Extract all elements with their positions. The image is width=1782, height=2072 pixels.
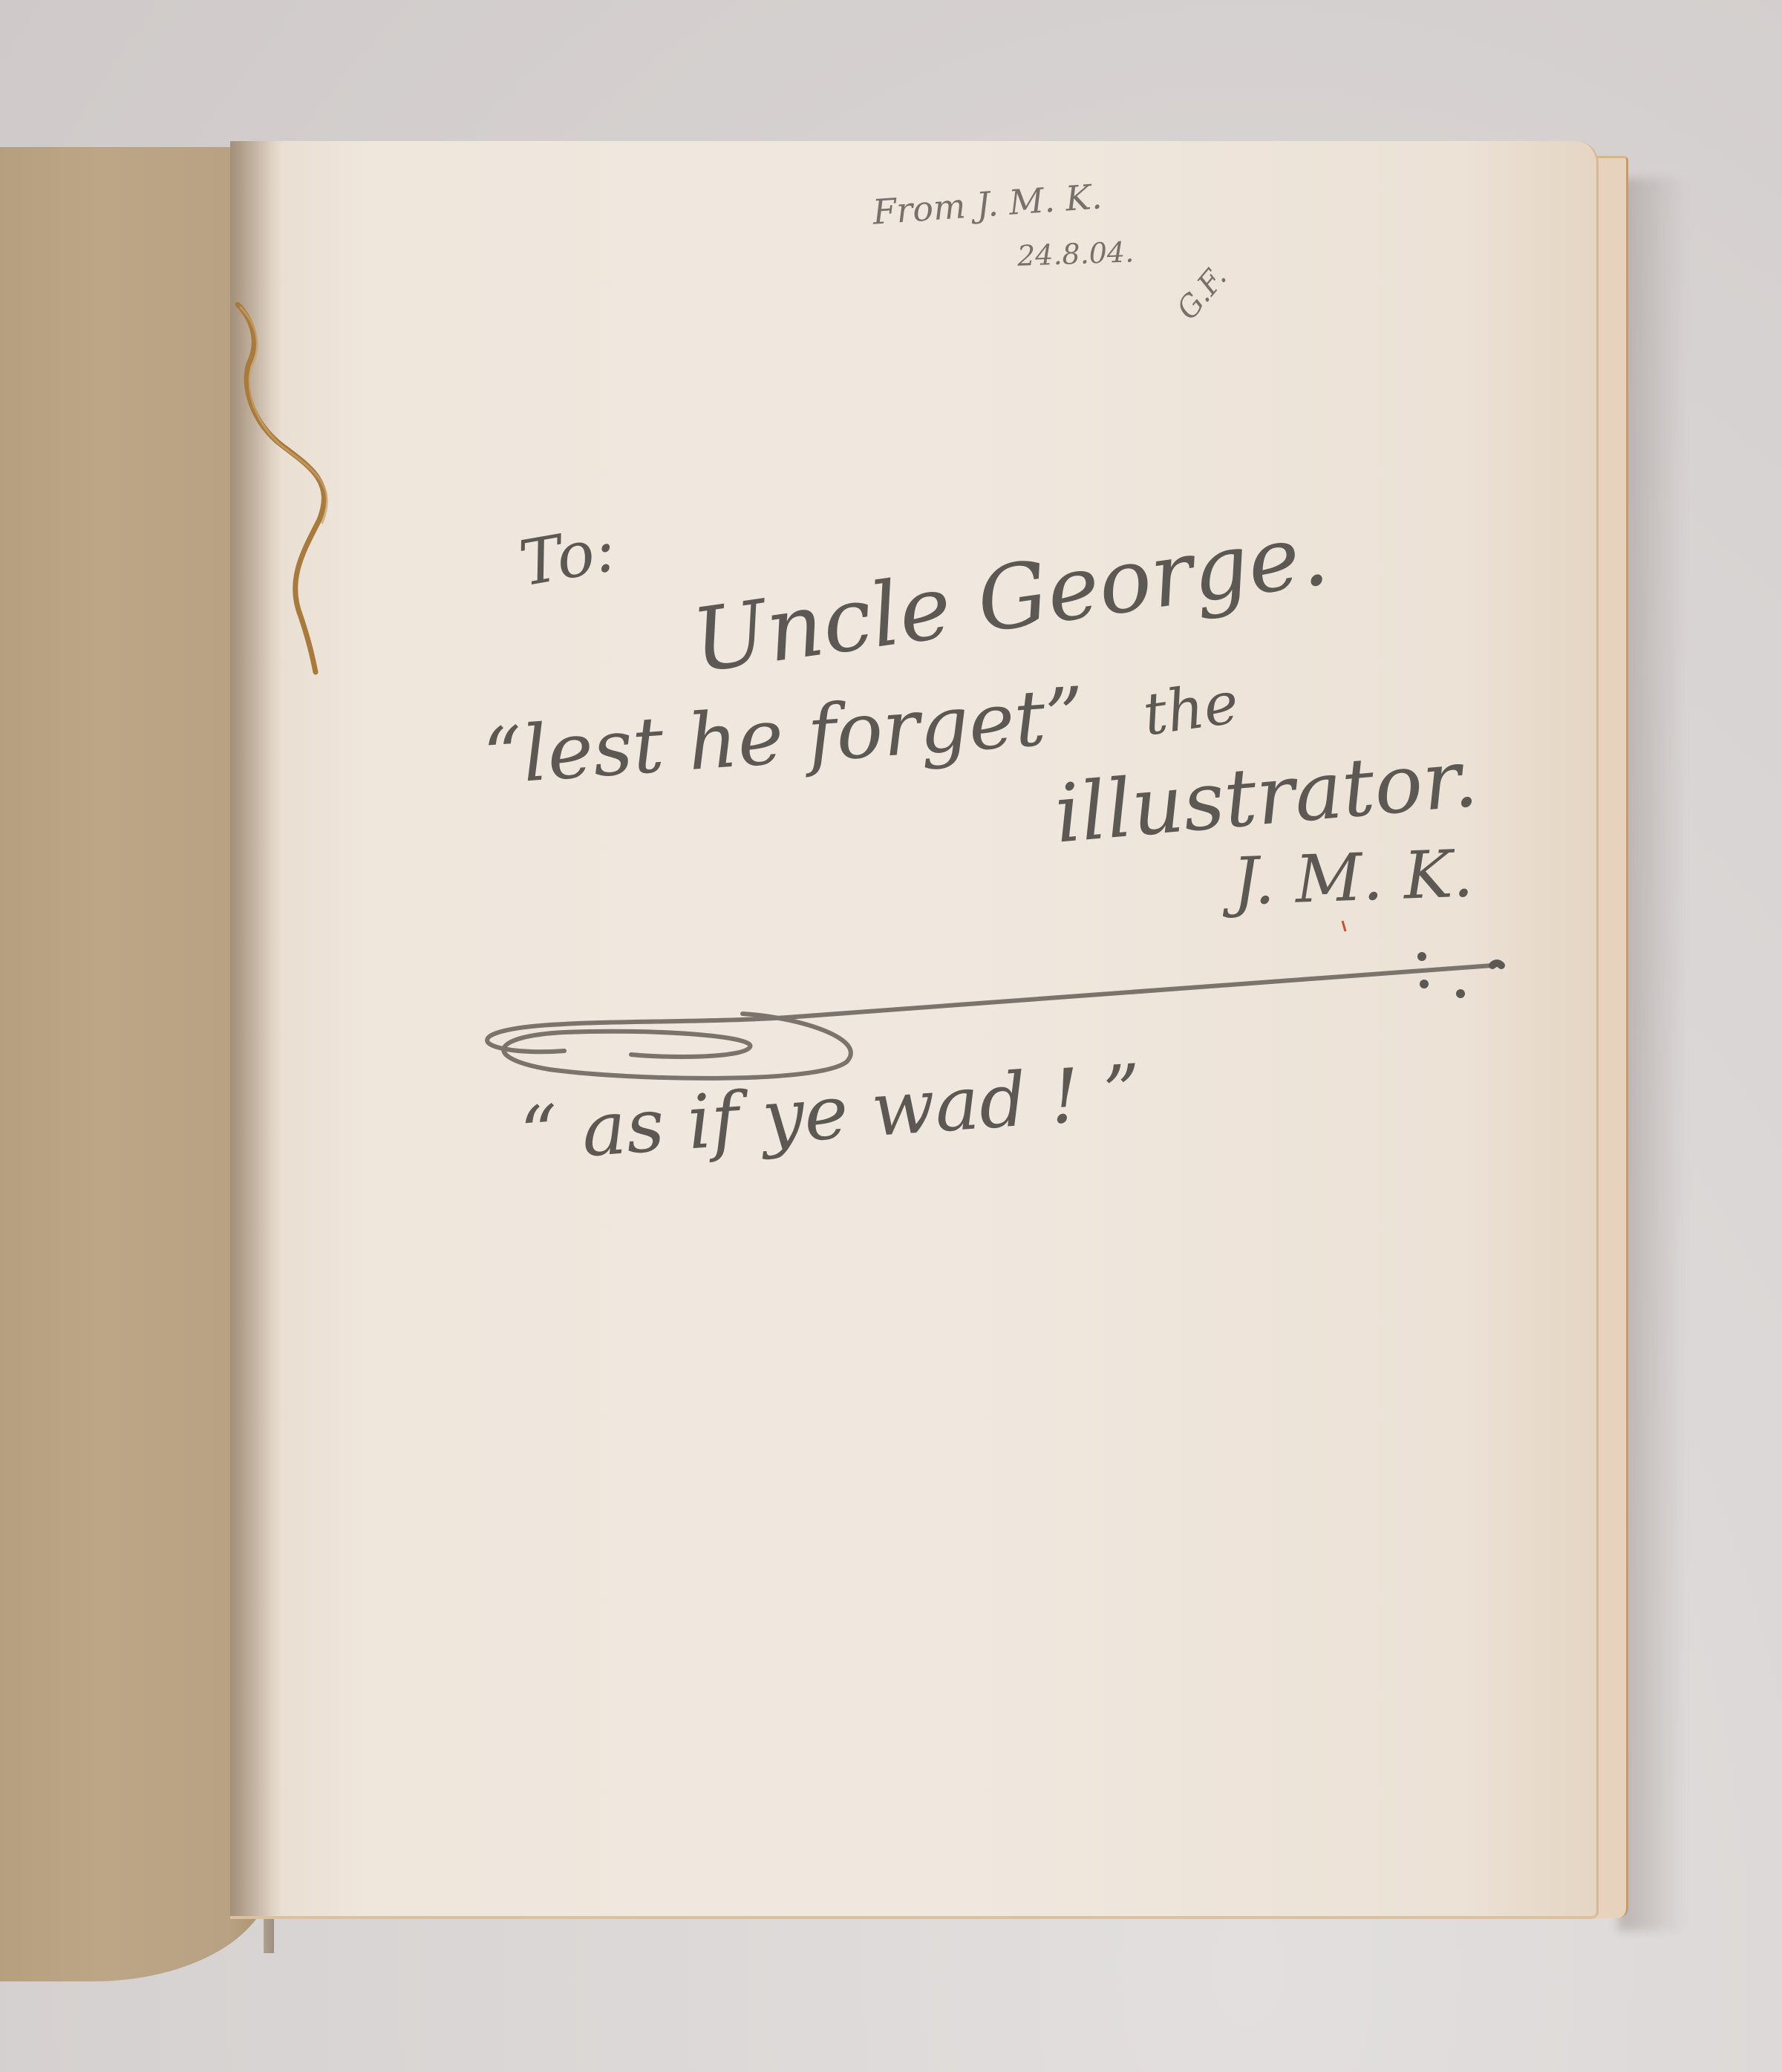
flourish-stroke-icon: [0, 0, 1782, 2072]
red-mark: [1342, 921, 1345, 931]
